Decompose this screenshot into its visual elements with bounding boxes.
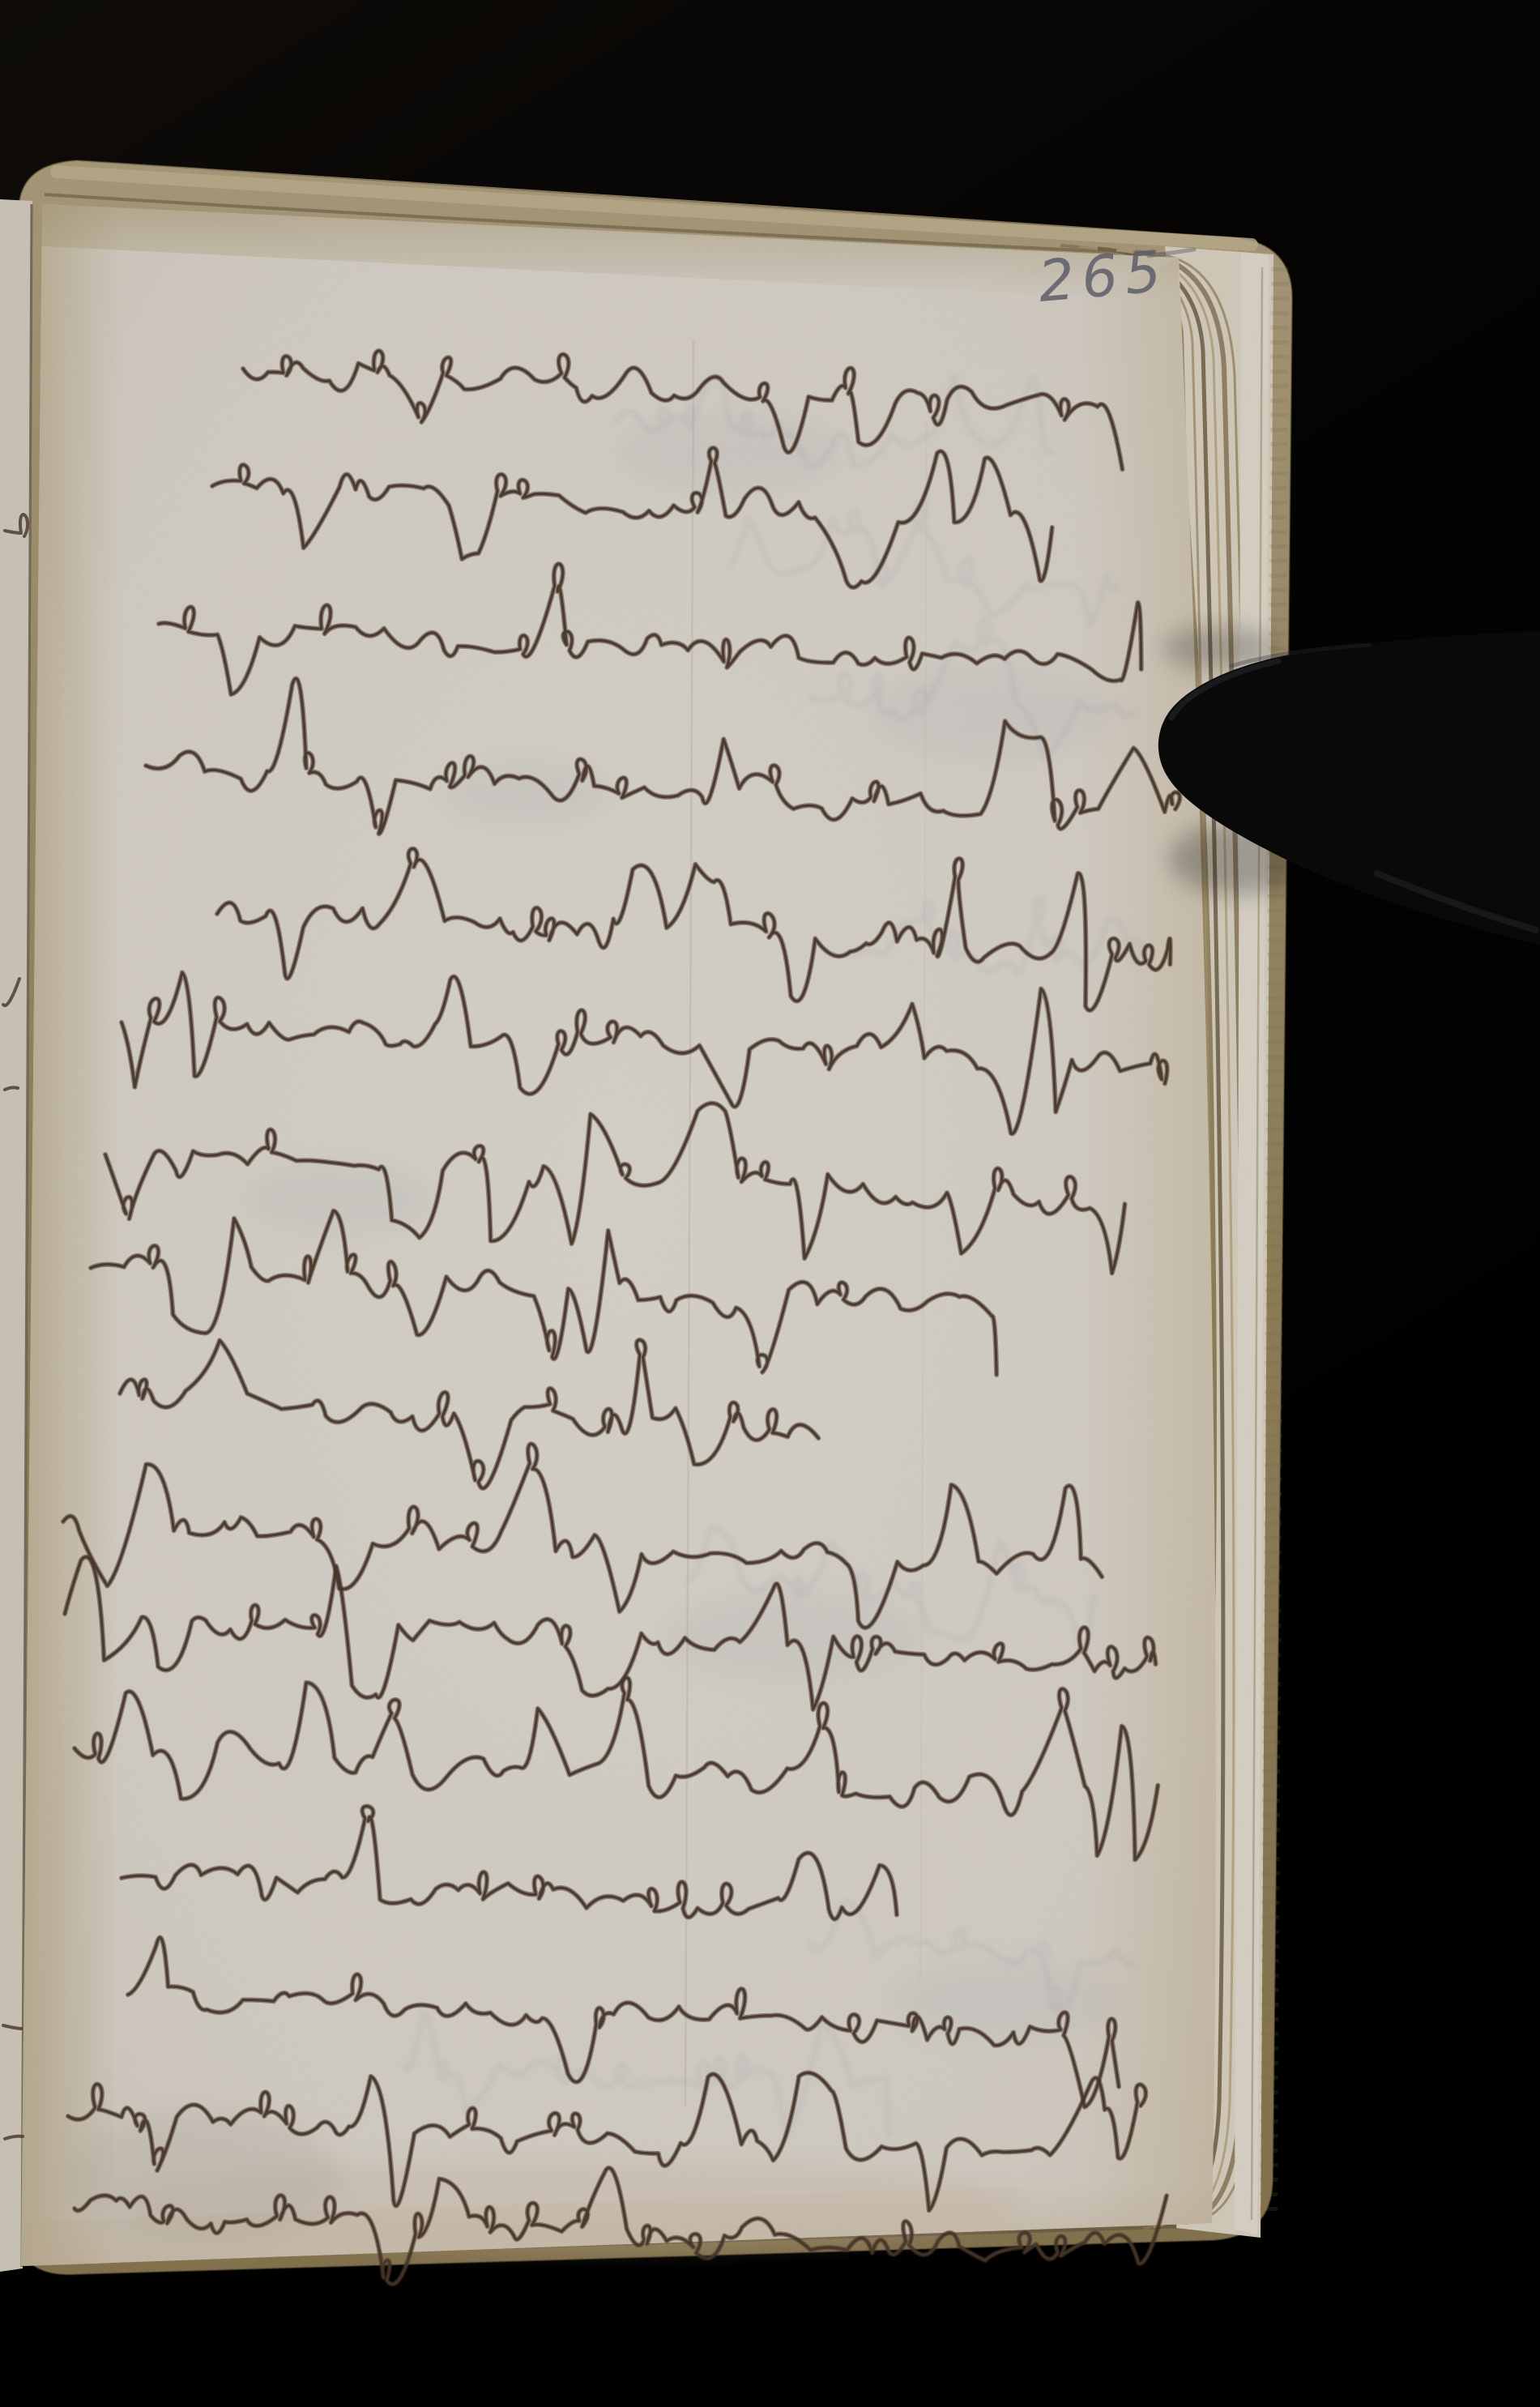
photo-scene: 265: [0, 0, 1540, 2407]
notebook-photo: 265: [0, 0, 1540, 2407]
film-grain-overlay: [0, 0, 1540, 2407]
